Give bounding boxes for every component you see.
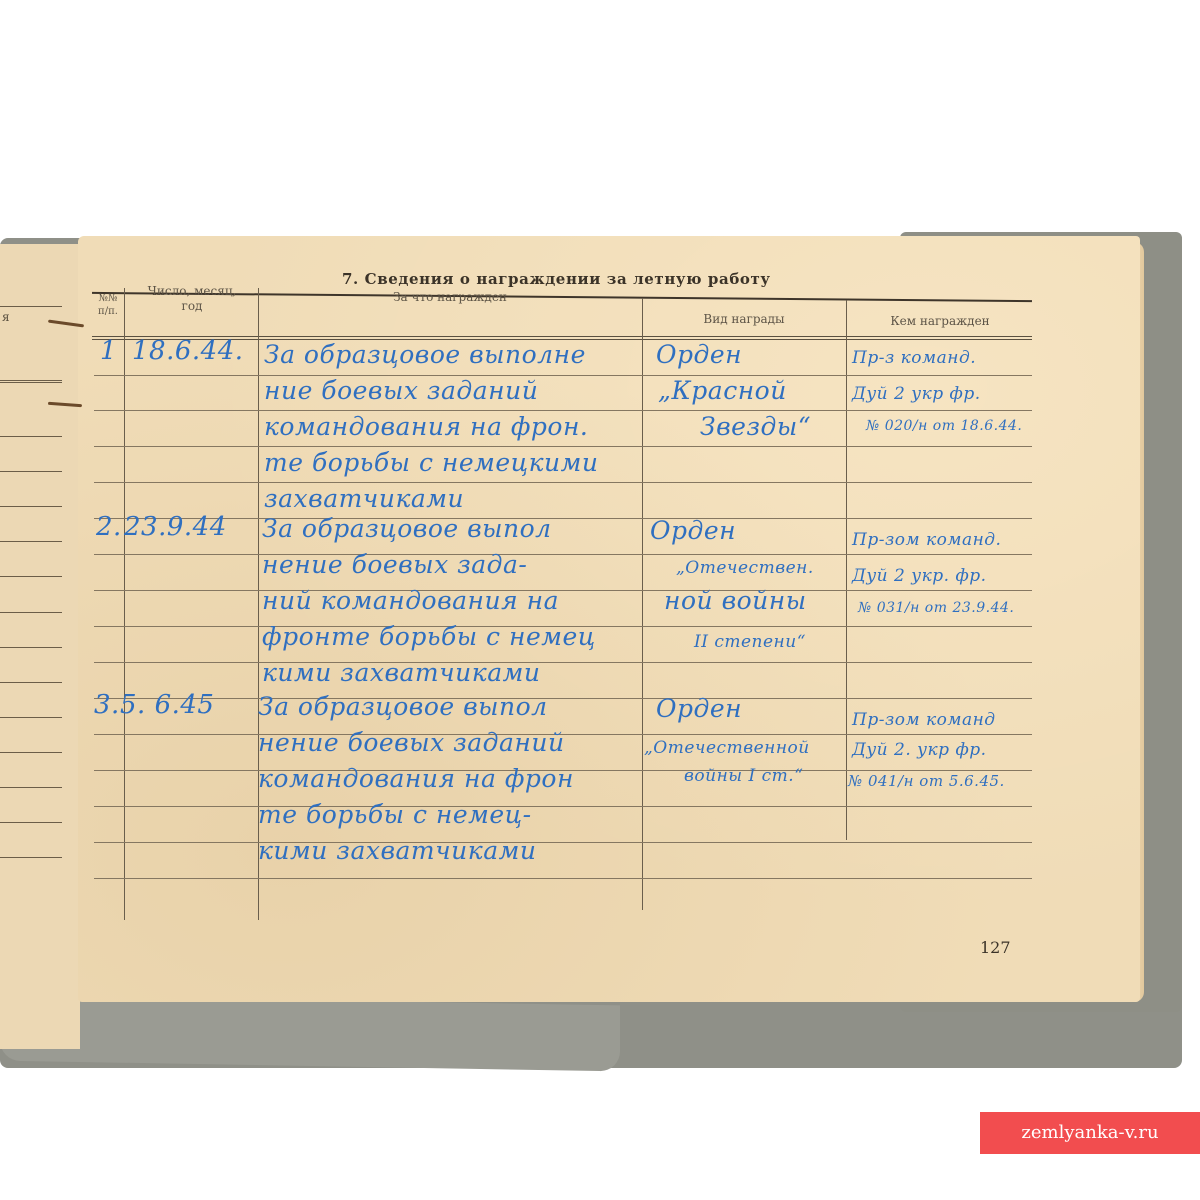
row1-date: 18.6.44. [132, 336, 244, 366]
left-page-fragment: я [2, 310, 10, 324]
row1-award-line: Звезды“ [700, 412, 811, 441]
row2-reason-line: нение боевых зада- [262, 550, 527, 579]
row2-award-line: Орден [650, 516, 736, 545]
row1-reason-line: те борьбы с немецкими [264, 448, 598, 477]
row3-awarded-by-line: № 041/н от 5.6.45. [848, 772, 1005, 790]
table-rule [94, 375, 1032, 376]
row1-number: 1 [100, 336, 117, 366]
table-rule [94, 878, 1032, 879]
row2-awarded-by-line: № 031/н от 23.9.44. [858, 600, 1014, 616]
column-header-award: Вид награды [644, 312, 844, 327]
row1-reason-line: ние боевых заданий [264, 376, 538, 405]
left-page-rule [0, 576, 62, 577]
page-number: 127 [980, 938, 1011, 957]
table-rule [94, 410, 1032, 411]
column-header-reason: За что награжден [260, 290, 640, 305]
column-divider [642, 298, 643, 910]
row1-award-line: „Красной [658, 376, 787, 405]
row2-award-line: II степени“ [694, 632, 806, 652]
left-page-rule [0, 506, 62, 507]
table-rule [94, 806, 1032, 807]
column-header-date-line2: год [126, 299, 258, 314]
row2-date: 23.9.44 [124, 512, 227, 542]
row3-awarded-by-line: Дуй 2. укр фр. [852, 740, 987, 760]
column-header-number: №№ п/п. [92, 292, 124, 318]
left-page-rule [0, 541, 62, 542]
left-page-rule [0, 306, 62, 307]
row2-award-line: „Отечествен. [676, 558, 814, 578]
row3-award-line: Орден [656, 694, 742, 723]
left-page-rule [0, 380, 62, 381]
row3-award-line: „Отечественной [644, 738, 810, 758]
left-page-rule [0, 382, 62, 383]
column-divider [124, 288, 125, 920]
row3-reason-line: нение боевых заданий [258, 728, 565, 757]
row3-award-line: войны I ст.“ [684, 766, 803, 786]
column-divider [846, 300, 847, 840]
row3-number: 3. [94, 690, 120, 720]
site-watermark: zemlyanka-v.ru [980, 1112, 1200, 1154]
row1-award-line: Орден [656, 340, 742, 369]
table-rule [94, 662, 1032, 663]
left-page-rule [0, 752, 62, 753]
table-rule [94, 590, 1032, 591]
table-rule [94, 842, 1032, 843]
row1-reason-line: За образцовое выполне [264, 340, 586, 369]
row3-reason-line: те борьбы с немец- [258, 800, 532, 829]
column-header-date-line1: Число, месяц, [126, 284, 258, 299]
column-header-awarded-by: Кем награжден [848, 314, 1032, 329]
book-cover-bottom-edge [0, 995, 620, 1072]
left-page-rule [0, 612, 62, 613]
row3-reason-line: За образцовое выпол [258, 692, 548, 721]
table-rule [94, 446, 1032, 447]
left-page-rule [0, 471, 62, 472]
column-header-number-line1: №№ [92, 292, 124, 305]
row1-awarded-by-line: Пр-з команд. [852, 348, 976, 368]
row2-awarded-by-line: Пр-зом команд. [852, 530, 1001, 550]
row1-awarded-by-line: Дуй 2 укр фр. [852, 384, 981, 404]
row3-date: 5. 6.45 [120, 690, 214, 720]
row1-reason-line: захватчиками [264, 484, 464, 513]
section-title: 7. Сведения о награждении за летную рабо… [342, 270, 771, 288]
column-header-date: Число, месяц, год [126, 284, 258, 314]
left-page-rule [0, 436, 62, 437]
row3-awarded-by-line: Пр-зом команд [852, 710, 996, 730]
table-rule [94, 482, 1032, 483]
row3-reason-line: кими захватчиками [258, 836, 536, 865]
left-page-rule [0, 857, 62, 858]
left-page-rule [0, 787, 62, 788]
row2-reason-line: кими захватчиками [262, 658, 540, 687]
row1-reason-line: командования на фрон. [264, 412, 588, 441]
left-page: я [0, 244, 80, 1049]
row3-reason-line: командования на фрон [258, 764, 574, 793]
left-page-rule [0, 822, 62, 823]
left-page-rule [0, 717, 62, 718]
left-page-rule [0, 647, 62, 648]
table-rule [94, 518, 1032, 519]
column-header-number-line2: п/п. [92, 305, 124, 318]
row2-reason-line: ний командования на [262, 586, 559, 615]
table-rule [94, 698, 1032, 699]
left-page-rule [0, 682, 62, 683]
row2-number: 2. [96, 512, 122, 542]
row1-awarded-by-line: № 020/н от 18.6.44. [866, 418, 1022, 434]
row2-reason-line: За образцовое выпол [262, 514, 552, 543]
row2-awarded-by-line: Дуй 2 укр. фр. [852, 566, 987, 586]
row2-reason-line: фронте борьбы с немец [262, 622, 596, 651]
table-rule [94, 554, 1032, 555]
row2-award-line: ной войны [664, 586, 807, 615]
